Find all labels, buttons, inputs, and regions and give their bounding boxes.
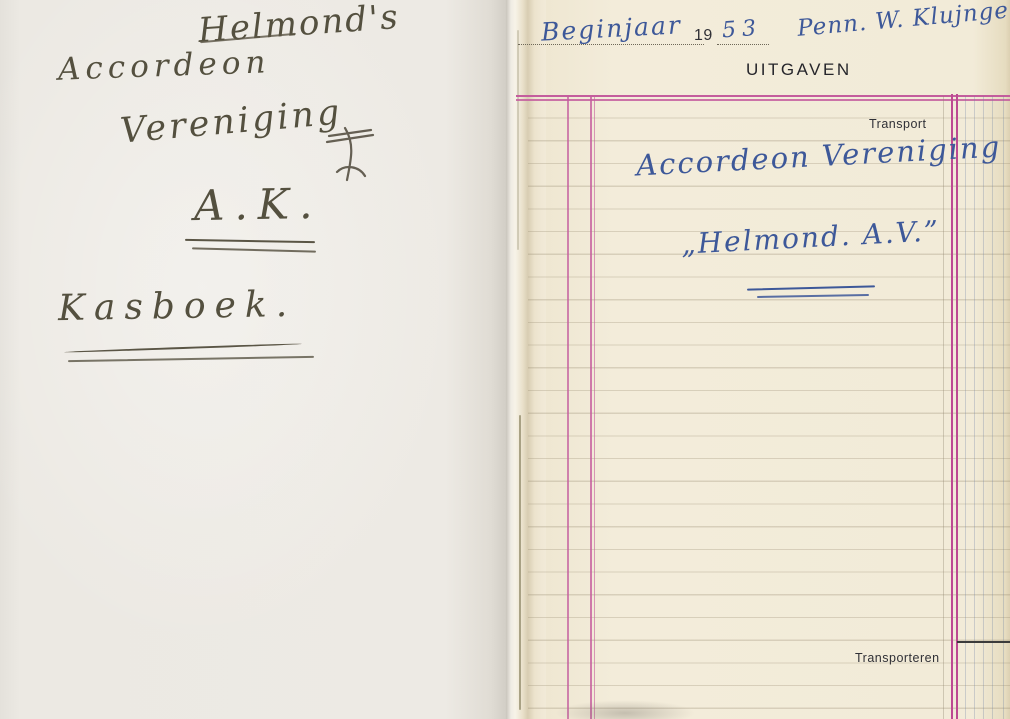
cents-subrule-5	[1003, 96, 1004, 719]
kasboek-underline-1	[64, 343, 302, 353]
cents-subrule-1	[965, 96, 966, 719]
transporteren-label: Transporteren	[855, 651, 940, 665]
total-rule	[957, 641, 1010, 643]
date-column-rule	[567, 96, 569, 719]
description-column-rule-a	[590, 96, 592, 719]
cents-subrule-3	[983, 96, 984, 719]
scanned-ledger-spread: Helmond's Accordeon Vereniging A.K. Kasb…	[0, 0, 1010, 719]
handwriting-accordeon: Accordeon	[57, 44, 271, 87]
handwriting-helmonds: Helmond's	[197, 0, 401, 51]
transport-label: Transport	[869, 117, 927, 131]
amount-column-rule-b	[956, 94, 958, 719]
handwriting-vereniging: Vereniging	[119, 92, 344, 151]
bottom-shadow-smudge	[555, 700, 695, 719]
pre-amount-faint-rule	[943, 96, 944, 719]
ak-underline-1	[185, 239, 315, 243]
handwriting-year: 53	[721, 16, 763, 44]
left-page: Helmond's Accordeon Vereniging A.K. Kasb…	[0, 0, 506, 719]
amount-column-rule-a	[951, 94, 953, 719]
cents-subrule-4	[992, 96, 993, 719]
handwriting-kasboek: Kasboek.	[58, 284, 297, 329]
scribble-correction	[325, 126, 377, 184]
handwriting-ak: A.K.	[194, 179, 323, 230]
description-column-rule-b	[594, 96, 595, 719]
kasboek-underline-2	[68, 356, 314, 362]
binding-crease	[517, 30, 519, 250]
page-title-uitgaven: UITGAVEN	[746, 60, 852, 80]
printed-year-prefix: 19	[694, 27, 713, 45]
binding-stitch-thread	[519, 415, 521, 710]
cents-subrule-2	[974, 96, 975, 719]
ak-underline-2	[192, 247, 316, 252]
ruled-writing-area	[528, 96, 1010, 719]
year-dotted-line	[717, 44, 769, 45]
